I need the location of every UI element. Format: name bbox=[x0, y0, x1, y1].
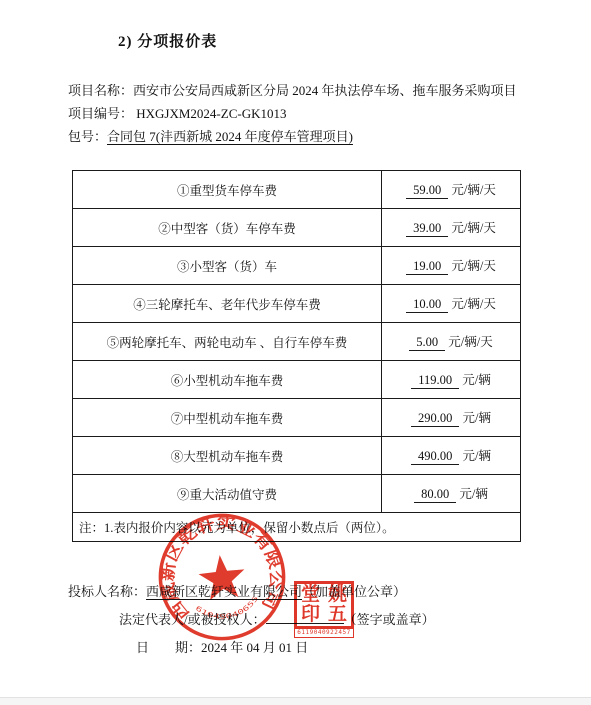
table-row: ⑦中型机动车拖车费290.00 元/辆 bbox=[73, 399, 521, 437]
page-bottom-edge bbox=[0, 697, 591, 705]
fee-price-cell: 80.00 元/辆 bbox=[382, 475, 521, 513]
personal-seal-number: 6119040922457 bbox=[294, 629, 354, 638]
fee-price-value: 10.00 bbox=[406, 297, 448, 313]
date-line: 日 期：2024 年 04 月 01 日 bbox=[136, 637, 308, 656]
personal-seal-char-bl: 印 bbox=[297, 605, 324, 625]
table-row: ③小型客（货）车19.00 元/辆/天 bbox=[73, 247, 521, 285]
table-row: ②中型客（货）车停车费39.00 元/辆/天 bbox=[73, 209, 521, 247]
fee-item-label: ②中型客（货）车停车费 bbox=[73, 209, 382, 247]
fee-item-label: ⑧大型机动车拖车费 bbox=[73, 437, 382, 475]
project-number-line: 项目编号： HXGJXM2024-ZC-GK1013 bbox=[68, 102, 538, 125]
package-line: 包号：合同包 7(沣西新城 2024 年度停车管理项目) bbox=[68, 125, 538, 148]
table-row: ④三轮摩托车、老年代步车停车费10.00 元/辆/天 bbox=[73, 285, 521, 323]
fee-price-unit: 元/辆/天 bbox=[445, 335, 493, 349]
fee-price-cell: 119.00 元/辆 bbox=[382, 361, 521, 399]
personal-seal-stamp: 堂 姚 印 五 6119040922457 bbox=[294, 581, 354, 638]
fee-price-value: 5.00 bbox=[409, 335, 445, 351]
project-name-label: 项目名称： bbox=[68, 83, 133, 98]
package-value: 合同包 7(沣西新城 2024 年度停车管理项目) bbox=[107, 129, 353, 144]
legal-representative-label: 法定代表人/或被授权人： bbox=[119, 612, 266, 627]
table-row: ①重型货车停车费59.00 元/辆/天 bbox=[73, 171, 521, 209]
fee-price-value: 39.00 bbox=[406, 221, 448, 237]
fee-item-label: ①重型货车停车费 bbox=[73, 171, 382, 209]
table-row: ⑧大型机动车拖车费490.00 元/辆 bbox=[73, 437, 521, 475]
fee-price-unit: 元/辆 bbox=[459, 373, 491, 387]
personal-seal-characters: 堂 姚 印 五 bbox=[294, 581, 354, 629]
fee-price-cell: 19.00 元/辆/天 bbox=[382, 247, 521, 285]
legal-representative-suffix: （签字或盖章） bbox=[344, 612, 435, 627]
table-note-row: 注：1.表内报价内容以元为单位，保留小数点后（两位）。 bbox=[73, 513, 521, 542]
fee-price-value: 290.00 bbox=[411, 411, 459, 427]
fee-price-unit: 元/辆 bbox=[456, 487, 488, 501]
fee-price-cell: 10.00 元/辆/天 bbox=[382, 285, 521, 323]
fee-table-body: ①重型货车停车费59.00 元/辆/天②中型客（货）车停车费39.00 元/辆/… bbox=[73, 171, 521, 542]
fee-price-cell: 39.00 元/辆/天 bbox=[382, 209, 521, 247]
fee-price-value: 119.00 bbox=[411, 373, 459, 389]
fee-price-unit: 元/辆/天 bbox=[448, 183, 496, 197]
package-label: 包号： bbox=[68, 129, 107, 144]
fee-price-unit: 元/辆 bbox=[459, 411, 491, 425]
bidder-name-value: 西咸新区乾轩实业有限公司 bbox=[146, 584, 302, 599]
fee-price-value: 19.00 bbox=[406, 259, 448, 275]
fee-price-unit: 元/辆/天 bbox=[448, 221, 496, 235]
bidder-name-label: 投标人名称： bbox=[68, 584, 146, 599]
fee-price-value: 490.00 bbox=[411, 449, 459, 465]
table-note: 注：1.表内报价内容以元为单位，保留小数点后（两位）。 bbox=[73, 513, 521, 542]
fee-price-value: 59.00 bbox=[406, 183, 448, 199]
fee-price-cell: 290.00 元/辆 bbox=[382, 399, 521, 437]
personal-seal-char-br: 五 bbox=[324, 605, 351, 625]
project-info-block: 项目名称：西安市公安局西咸新区分局 2024 年执法停车场、拖车服务采购项目 项… bbox=[68, 79, 538, 148]
fee-item-label: ⑨重大活动值守费 bbox=[73, 475, 382, 513]
fee-price-cell: 59.00 元/辆/天 bbox=[382, 171, 521, 209]
fee-price-cell: 490.00 元/辆 bbox=[382, 437, 521, 475]
fee-item-label: ③小型客（货）车 bbox=[73, 247, 382, 285]
fee-item-label: ⑥小型机动车拖车费 bbox=[73, 361, 382, 399]
project-number-value: HXGJXM2024-ZC-GK1013 bbox=[136, 106, 286, 121]
fee-price-value: 80.00 bbox=[414, 487, 456, 503]
fee-price-unit: 元/辆 bbox=[459, 449, 491, 463]
fee-item-label: ④三轮摩托车、老年代步车停车费 bbox=[73, 285, 382, 323]
personal-seal-char-tl: 堂 bbox=[297, 585, 324, 605]
personal-seal-char-tr: 姚 bbox=[324, 585, 351, 605]
legal-representative-line: 法定代表人/或被授权人：（签字或盖章） bbox=[119, 609, 435, 628]
bidder-name-line: 投标人名称：西咸新区乾轩实业有限公司（加盖单位公章） bbox=[68, 581, 406, 600]
table-row: ⑤两轮摩托车、两轮电动车 、自行车停车费5.00 元/辆/天 bbox=[73, 323, 521, 361]
fee-item-label: ⑤两轮摩托车、两轮电动车 、自行车停车费 bbox=[73, 323, 382, 361]
project-name-value: 西安市公安局西咸新区分局 2024 年执法停车场、拖车服务采购项目 bbox=[133, 83, 517, 98]
fee-item-label: ⑦中型机动车拖车费 bbox=[73, 399, 382, 437]
quotation-document-page: 2) 分项报价表 项目名称：西安市公安局西咸新区分局 2024 年执法停车场、拖… bbox=[0, 0, 591, 705]
project-name-line: 项目名称：西安市公安局西咸新区分局 2024 年执法停车场、拖车服务采购项目 bbox=[68, 79, 538, 102]
table-row: ⑥小型机动车拖车费119.00 元/辆 bbox=[73, 361, 521, 399]
fee-table: ①重型货车停车费59.00 元/辆/天②中型客（货）车停车费39.00 元/辆/… bbox=[72, 170, 521, 542]
fee-price-cell: 5.00 元/辆/天 bbox=[382, 323, 521, 361]
fee-price-unit: 元/辆/天 bbox=[448, 259, 496, 273]
page-title: 2) 分项报价表 bbox=[118, 30, 217, 51]
project-number-label: 项目编号： bbox=[68, 106, 133, 121]
fee-price-unit: 元/辆/天 bbox=[448, 297, 496, 311]
table-row: ⑨重大活动值守费80.00 元/辆 bbox=[73, 475, 521, 513]
